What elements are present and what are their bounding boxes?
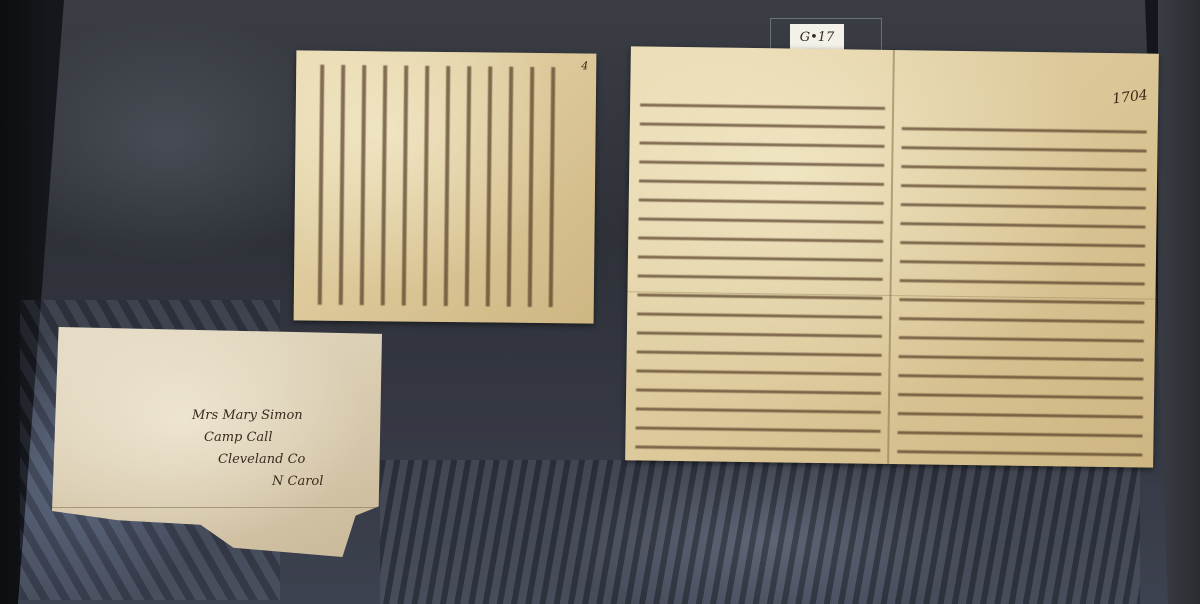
- corner-mark: 4: [581, 59, 588, 72]
- handwriting: [635, 94, 885, 452]
- envelope-fold: [52, 507, 382, 508]
- large-letter: 1704: [625, 46, 1159, 467]
- address-line: Mrs Mary Simon: [192, 405, 372, 427]
- left-page: [635, 94, 885, 452]
- label-sticker: G•17: [790, 24, 844, 50]
- photo-scene: G•17 4 1704 Mrs Mary Simon Camp Call Cle…: [0, 0, 1200, 604]
- sleeve-wrinkles: [380, 460, 1140, 604]
- right-page: [897, 118, 1147, 456]
- center-fold: [887, 50, 895, 464]
- handwriting: [897, 118, 1147, 456]
- address-line: N Carol: [192, 471, 372, 493]
- address-line: Cleveland Co: [192, 449, 372, 471]
- envelope-address: Mrs Mary Simon Camp Call Cleveland Co N …: [192, 405, 372, 493]
- address-line: Camp Call: [192, 427, 372, 449]
- page-number: 1704: [1112, 87, 1149, 107]
- handwriting: [308, 65, 572, 308]
- small-letter: 4: [294, 50, 597, 323]
